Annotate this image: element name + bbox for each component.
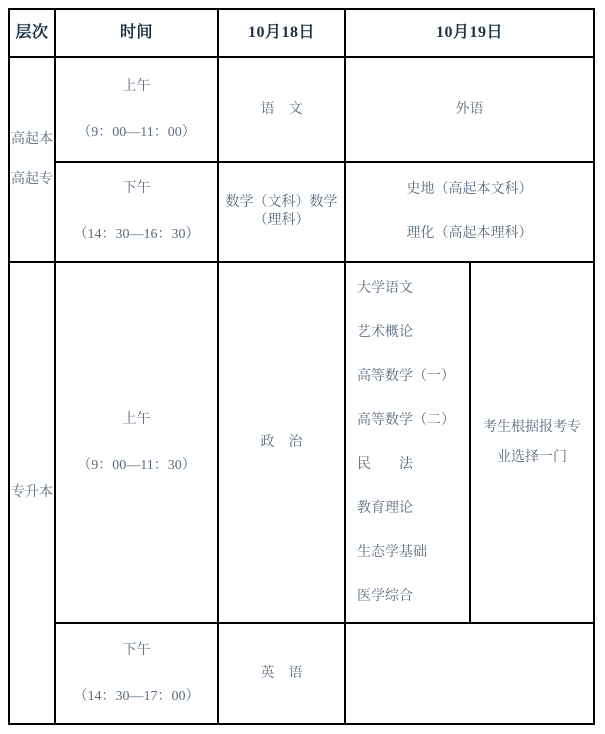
subject-cell-oct18-english: 英 语 bbox=[219, 624, 344, 723]
subject-cell-oct19-foreign-language: 外语 bbox=[346, 58, 593, 161]
elective-subject: 艺术概论 bbox=[357, 324, 413, 342]
time-cell-zsb-morning: 上午 （9：00—11：30） bbox=[56, 263, 217, 622]
level-label-gaoqiben: 高起本 bbox=[11, 131, 53, 149]
time-cell-zsb-afternoon: 下午 （14：30—17：00） bbox=[56, 624, 217, 723]
subject-label: 理化（高起本理科） bbox=[407, 225, 533, 243]
elective-subject: 教育理论 bbox=[357, 500, 413, 518]
level-cell-zhuanshengben: 专升本 bbox=[10, 263, 54, 723]
subject-cell-oct19-empty bbox=[346, 624, 593, 723]
elective-subject: 生态学基础 bbox=[357, 544, 427, 562]
note-cell-elective-choice: 考生根据报考专业选择一门 bbox=[471, 263, 593, 622]
header-time-label: 时间 bbox=[120, 24, 153, 42]
level-cell-gaoqi: 高起本 高起专 bbox=[10, 58, 54, 261]
session-label: 上午 bbox=[123, 78, 151, 96]
subject-cell-oct19-shidi-lihua: 史地（高起本文科） 理化（高起本理科） bbox=[346, 163, 593, 261]
level-label-zhuanshengben: 专升本 bbox=[11, 484, 53, 502]
subject-cell-oct19-electives: 大学语文 艺术概论 高等数学（一） 高等数学（二） 民 法 教育理论 生态学基础… bbox=[346, 263, 469, 622]
subject-label: 数学（文科）数学（理科） bbox=[225, 194, 338, 230]
header-level-label: 层次 bbox=[15, 24, 48, 42]
elective-subject: 高等数学（一） bbox=[357, 368, 455, 386]
level-label-gaoqizhuan: 高起专 bbox=[11, 171, 53, 189]
exam-schedule-table: 层次 时间 10月18日 10月19日 高起本 高起专 上午 （9：00—11：… bbox=[8, 8, 595, 725]
header-cell-oct18: 10月18日 bbox=[219, 10, 344, 56]
header-cell-time: 时间 bbox=[56, 10, 217, 56]
note-text: 考生根据报考专业选择一门 bbox=[481, 413, 583, 473]
subject-label: 语 文 bbox=[261, 101, 303, 119]
subject-cell-oct18-politics: 政 治 bbox=[219, 263, 344, 622]
elective-subject: 大学语文 bbox=[357, 280, 413, 298]
session-label: 上午 bbox=[123, 411, 151, 429]
time-range: （9：00—11：30） bbox=[77, 457, 195, 475]
header-oct18-label: 10月18日 bbox=[248, 24, 315, 42]
subject-label: 英 语 bbox=[261, 665, 303, 683]
time-range: （9：00—11：00） bbox=[77, 124, 195, 142]
subject-cell-oct18-math: 数学（文科）数学（理科） bbox=[219, 163, 344, 261]
header-oct19-label: 10月19日 bbox=[436, 24, 503, 42]
time-range: （14：30—16：30） bbox=[74, 226, 200, 244]
subject-label: 政 治 bbox=[261, 434, 303, 452]
subject-cell-oct18-chinese: 语 文 bbox=[219, 58, 344, 161]
header-cell-level: 层次 bbox=[10, 10, 54, 56]
session-label: 下午 bbox=[123, 642, 151, 660]
elective-subject: 高等数学（二） bbox=[357, 412, 455, 430]
time-cell-gaoqi-morning: 上午 （9：00—11：00） bbox=[56, 58, 217, 161]
header-cell-oct19: 10月19日 bbox=[346, 10, 593, 56]
session-label: 下午 bbox=[123, 180, 151, 198]
elective-subject: 医学综合 bbox=[357, 588, 413, 606]
elective-subject: 民 法 bbox=[357, 456, 413, 474]
subject-label: 史地（高起本文科） bbox=[407, 181, 533, 199]
time-cell-gaoqi-afternoon: 下午 （14：30—16：30） bbox=[56, 163, 217, 261]
time-range: （14：30—17：00） bbox=[74, 688, 200, 706]
subject-label: 外语 bbox=[456, 101, 484, 119]
